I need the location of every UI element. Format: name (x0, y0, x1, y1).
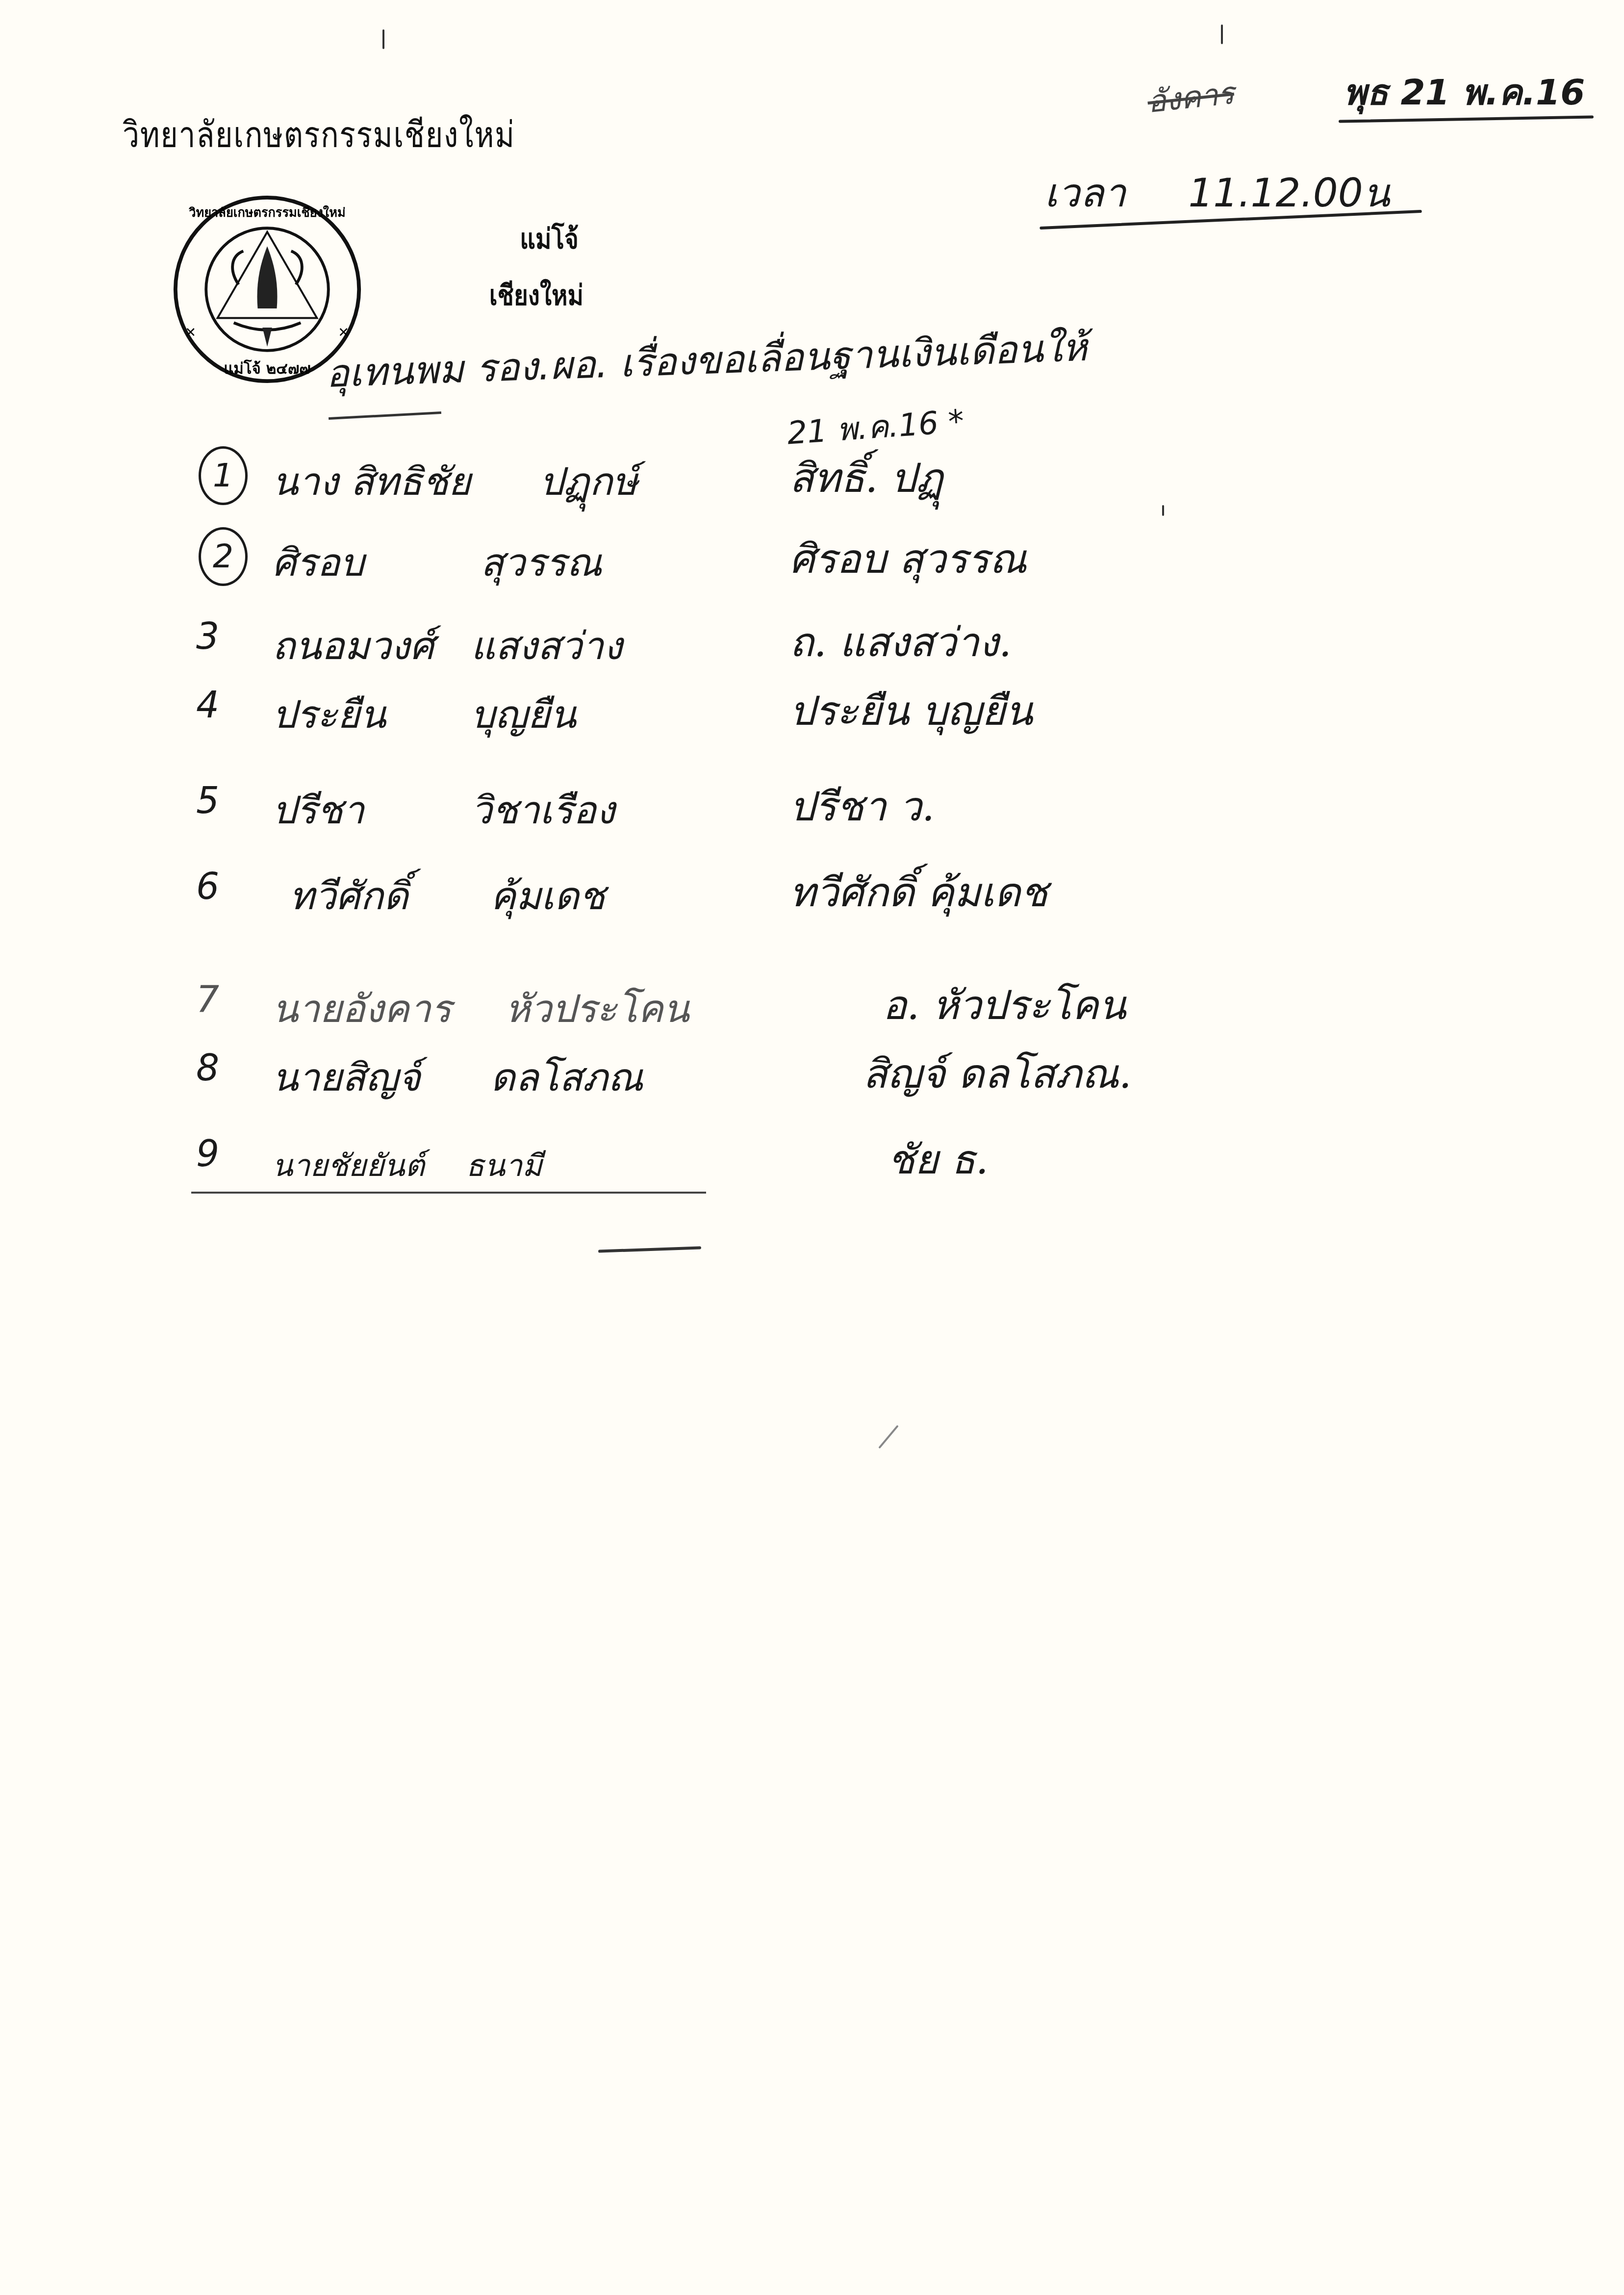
signatory-row: 2 ศิรอบ สุวรรณ ศิรอบ สุวรรณ (186, 532, 1216, 591)
signature: สิทธิ์. ปฏุ (789, 446, 943, 510)
signature: ปรีชา ว. (789, 775, 935, 839)
first-name: ถนอมวงศ์ (272, 615, 434, 676)
time-label: เวลา (1044, 170, 1126, 216)
svg-text:✕: ✕ (338, 326, 349, 341)
last-name: บุญยืน (471, 684, 576, 745)
first-name: นายสิญจ์ (272, 1047, 421, 1108)
first-name: ศิรอบ (272, 532, 364, 593)
signature: ชัย ธ. (888, 1128, 989, 1192)
row-number: 5 (196, 780, 219, 822)
location-line-1: แม่โจ้ (454, 216, 579, 261)
row-number: 8 (196, 1047, 219, 1089)
first-name: นายชัยยันต์ (272, 1142, 425, 1190)
signatory-row: 8 นายสิญจ์ ดลโสภณ สิญจ์ ดลโสภณ. (186, 1047, 1216, 1106)
stray-mark (1221, 25, 1223, 44)
signature: ประยืน บุญยืน (789, 679, 1033, 743)
stray-mark (1162, 505, 1164, 516)
stray-mark (878, 1425, 899, 1449)
signature: ถ. แสงสว่าง. (789, 611, 1012, 674)
signature: ศิรอบ สุวรรณ (789, 527, 1027, 591)
row-number: 7 (196, 978, 219, 1020)
seal-outer-text: วิทยาลัยเกษตรกรรมเชียงใหม่ (189, 205, 346, 220)
row-number: 4 (196, 684, 219, 726)
last-name: สุวรรณ (481, 532, 602, 593)
first-name: ปรีชา (272, 780, 364, 841)
location-line-2: เชียงใหม่ (455, 272, 584, 318)
last-name: หัวประโคน (505, 978, 689, 1039)
institution-title: วิทยาลัยเกษตรกรรมเชียงใหม่ (123, 105, 515, 163)
memo-heading: อุเทนพม รอง.ผอ. เรื่องขอเลื่อนฐานเงินเดื… (325, 317, 1088, 404)
last-name: วิชาเรือง (471, 780, 615, 841)
row-number: 3 (196, 615, 219, 658)
last-name: คุ้มเดช (490, 866, 605, 926)
heading-underline (329, 411, 441, 420)
struck-out-word: อังคาร (1145, 69, 1236, 126)
last-name: ธนามี (466, 1142, 542, 1190)
signatory-row: 1 นาง สิทธิชัย ปฏุกษ์ สิทธิ์. ปฏุ (186, 451, 1216, 510)
row-number: 6 (196, 866, 219, 908)
time-value: 11.12.00น (1188, 170, 1390, 216)
row-number: 1 (199, 446, 248, 505)
row-number: 2 (199, 527, 248, 586)
signature: อ. หัวประโคน (883, 973, 1126, 1037)
row-number: 9 (196, 1133, 219, 1175)
signatory-row: 7 นายอังคาร หัวประโคน อ. หัวประโคน (186, 978, 1216, 1037)
date-note: พุธ 21 พ.ค.16 (1344, 64, 1585, 120)
signatory-row: 4 ประยืน บุญยืน ประยืน บุญยืน (186, 684, 1216, 743)
signatory-row: 6 ทวีศักดิ์ คุ้มเดช ทวีศักดิ์ คุ้มเดช (186, 866, 1216, 924)
signatory-row: 9 นายชัยยันต์ ธนามี ชัย ธ. (186, 1133, 1216, 1192)
last-name: แสงสว่าง (471, 615, 622, 676)
first-name: นาง สิทธิชัย (272, 451, 471, 512)
first-name: ทวีศักดิ์ (289, 866, 408, 926)
signatory-row: 5 ปรีชา วิชาเรือง ปรีชา ว. (186, 780, 1216, 839)
stray-mark (382, 29, 384, 49)
last-name: ดลโสภณ (490, 1047, 643, 1108)
last-name: ปฏุกษ์ (539, 451, 638, 512)
first-name: นายอังคาร (272, 978, 452, 1039)
row-9-underline (191, 1192, 706, 1194)
seal-bottom-text: แม่โจ้ ๒๔๗๗ (224, 359, 311, 378)
signature: ทวีศักดิ์ คุ้มเดช (789, 861, 1048, 924)
signatory-row: 3 ถนอมวงศ์ แสงสว่าง ถ. แสงสว่าง. (186, 615, 1216, 674)
signature: สิญจ์ ดลโสภณ. (863, 1042, 1132, 1106)
end-of-list-rule (598, 1246, 701, 1252)
first-name: ประยืน (272, 684, 386, 745)
svg-text:✕: ✕ (185, 326, 196, 341)
